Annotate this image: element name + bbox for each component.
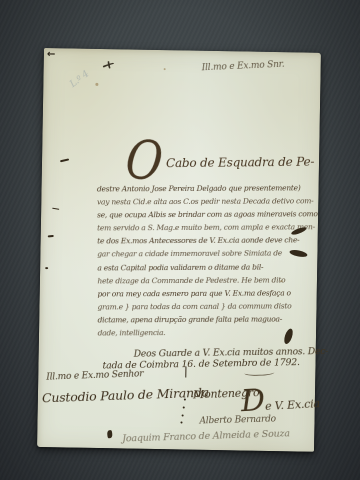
ink-dot	[180, 421, 182, 423]
ink-blot	[107, 430, 113, 439]
body-line: dictame, apena dirupção grande falta pel…	[98, 312, 316, 326]
foxing-speck	[280, 280, 283, 282]
valediction: De V. Ex.cia	[240, 380, 320, 419]
body-line: gar chegar a cidade immemoravel sobre Si…	[97, 247, 315, 261]
ink-separator-bar	[185, 367, 186, 378]
margin-ink-mark	[45, 267, 48, 269]
body-line: vay nesta Cid.e alta aos C.os pedir nest…	[97, 194, 315, 208]
ink-doodle-icon: ✗	[100, 57, 117, 74]
opening-line: Cabo de Esquadra de Pe-	[166, 155, 314, 171]
body-line: por ora mey cada esmero para que V. Ex.m…	[97, 286, 315, 300]
margin-ink-mark	[60, 158, 69, 162]
addressee-name: Custodio Paulo de Miranda	[42, 385, 209, 406]
manuscript-page: ← ✗ L.º 4 Ill.mo e Ex.mo Snr. O Cabo de …	[37, 48, 321, 452]
header-honorific: Ill.mo e Ex.mo Snr.	[202, 60, 285, 74]
ink-dot	[184, 398, 186, 400]
body-line: te dos Ex.mos Antecessores de V. Ex.cia …	[97, 234, 315, 248]
countersignature: Joaquim Franco de Almeida e Souza	[122, 428, 290, 444]
foxing-speck	[95, 83, 98, 86]
drop-cap-initial: O	[123, 132, 165, 190]
photo-of-manuscript: { "scene": { "background_color": "#3a404…	[0, 0, 360, 480]
margin-ink-mark	[48, 235, 54, 237]
margin-ink-mark	[52, 208, 59, 210]
salutation: Ill.mo e Ex.mo Senhor	[46, 369, 143, 382]
ink-dot	[182, 414, 184, 416]
signature: Alberto Bernardo	[199, 414, 276, 426]
body-line: gram.e } para todas da com canal } da co…	[98, 299, 316, 313]
corner-arrow-icon: ←	[47, 49, 56, 60]
body-line: tem servido a S. Mag.e muito bem, com am…	[97, 221, 315, 235]
pencil-annotation: L.º 4	[69, 69, 92, 89]
body-line: destre Antonio Jose Pereira Delgado que …	[97, 181, 315, 195]
foxing-speck	[164, 68, 166, 70]
body-line: a esta Capital podia validarem o ditame …	[97, 260, 315, 274]
body-line: dade, intelligencia.	[98, 325, 316, 339]
body-line: se, que ocupa Albis se brindar com as ag…	[97, 207, 315, 221]
ink-dot	[183, 406, 185, 408]
date-underline-flourish	[244, 369, 274, 376]
body-text-block: destre Antonio Jose Pereira Delgado que …	[97, 181, 316, 339]
